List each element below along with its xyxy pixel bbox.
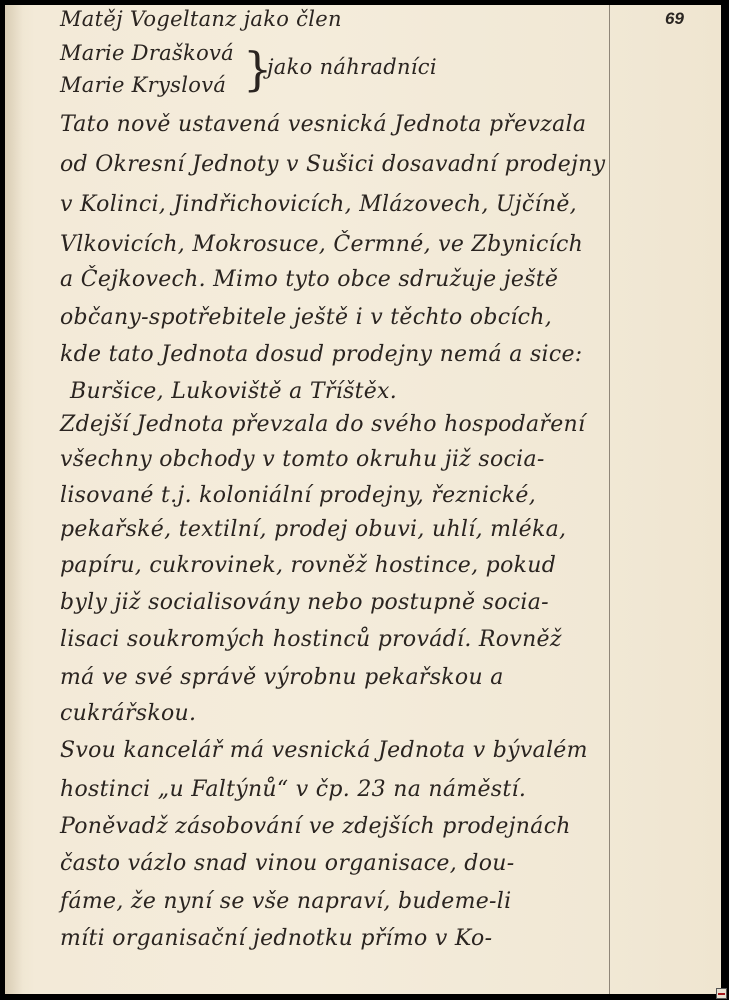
header-line-2: Marie Drašková <box>60 41 234 65</box>
body-line: Svou kancelář má vesnická Jednota v býva… <box>60 738 588 763</box>
body-line: kde tato Jednota dosud prodejny nemá a s… <box>60 342 583 367</box>
body-line: míti organisační jednotku přímo v Ko- <box>60 926 492 951</box>
header-line-3: Marie Kryslová <box>60 73 226 97</box>
body-line: hostinci „u Faltýnů“ v čp. 23 na náměstí… <box>60 777 526 802</box>
header-line-1: Matěj Vogeltanz jako člen <box>60 7 342 31</box>
body-line: Tato nově ustavená vesnická Jednota přev… <box>60 112 586 137</box>
body-line: v Kolinci, Jindřichovicích, Mlázovech, U… <box>60 192 577 217</box>
margin-rule <box>609 5 610 994</box>
body-line: od Okresní Jednoty v Sušici dosavadní pr… <box>60 152 605 177</box>
body-line: občany-spotřebitele ještě i v těchto obc… <box>60 305 552 330</box>
body-line: Vlkovicích, Mokrosuce, Čermné, ve Zbynic… <box>60 232 583 257</box>
body-line: lisaci soukromých hostinců provádí. Rovn… <box>60 627 562 652</box>
minimize-bar <box>718 993 725 995</box>
page-number: 69 <box>665 9 684 29</box>
minimize-icon[interactable] <box>716 988 727 999</box>
body-line: Buršice, Lukoviště a Tříštěx. <box>70 379 397 404</box>
body-line: lisované t.j. koloniální prodejny, řezni… <box>60 483 536 508</box>
manuscript-page: 69 Matěj Vogeltanz jako člen Marie Drašk… <box>5 5 721 994</box>
viewer-frame: 69 Matěj Vogeltanz jako člen Marie Drašk… <box>0 0 729 1000</box>
body-line: papíru, cukrovinek, rovněž hostince, pok… <box>60 553 556 578</box>
body-line: cukrářskou. <box>60 701 196 726</box>
body-line: Zdejší Jednota převzala do svého hospoda… <box>60 412 585 437</box>
body-line: Poněvadž zásobování ve zdejších prodejná… <box>60 814 571 839</box>
body-line: pekařské, textilní, prodej obuvi, uhlí, … <box>60 517 566 542</box>
body-line: často vázlo snad vinou organisace, dou- <box>60 851 514 876</box>
body-line: fáme, že nyní se vše napraví, budeme-li <box>60 889 511 914</box>
brace-label: jako náhradníci <box>267 55 437 79</box>
body-line: a Čejkovech. Mimo tyto obce sdružuje ješ… <box>60 267 558 292</box>
body-line: má ve své správě výrobnu pekařskou a <box>60 665 504 690</box>
body-line: byly již socialisovány nebo postupně soc… <box>60 590 549 615</box>
body-line: všechny obchody v tomto okruhu již socia… <box>60 447 545 472</box>
